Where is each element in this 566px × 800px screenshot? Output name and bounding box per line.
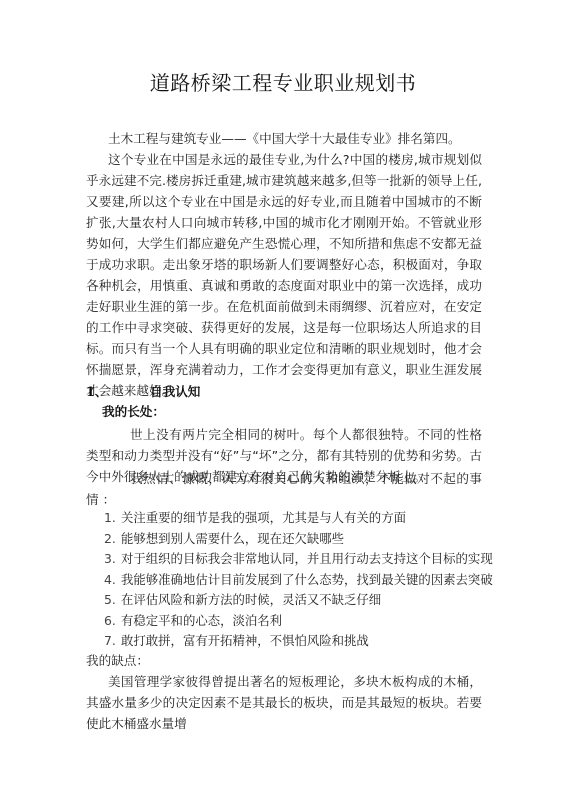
section-title: 自我认知: [150, 384, 200, 399]
document-page: 道路桥梁工程专业职业规划书 土木工程与建筑专业——《中国大学十大最佳专业》排名第…: [0, 0, 566, 800]
section-number: 1、: [86, 382, 150, 402]
list-text: 对于组织的目标我会非常地认同，并且用行动去支持这个目标的实现: [121, 549, 493, 570]
list-text: 在评估风险和新方法的时候，灵活又不缺乏仔细: [121, 590, 381, 611]
list-number: 5.: [104, 590, 121, 611]
paragraph-enthusiastic: 我热情、慷慨，认为对很关心的人和组织，不能做对不起的事情 ：: [86, 468, 482, 510]
list-text: 关注重要的细节是我的强项，尤其是与人有关的方面: [121, 508, 406, 529]
list-number: 7.: [104, 631, 121, 652]
list-item: 2.能够想到别人需要什么，现在还欠缺哪些: [104, 529, 493, 550]
document-title: 道路桥梁工程专业职业规划书: [0, 70, 566, 96]
list-text: 敢打敢拼，富有开拓精神，不惧怕风险和挑战: [121, 631, 369, 652]
intro-text: 土木工程与建筑专业——《中国大学十大最佳专业》排名第四。: [86, 128, 482, 149]
list-item: 7.敢打敢拼，富有开拓精神，不惧怕风险和挑战: [104, 631, 493, 652]
list-number: 4.: [104, 570, 121, 591]
list-text: 有稳定平和的心态，淡泊名利: [121, 611, 282, 632]
weaknesses-heading: 我的缺点：: [86, 651, 149, 671]
list-number: 1.: [104, 508, 121, 529]
list-number: 2.: [104, 529, 121, 550]
list-item: 4.我能够准确地估计目前发展到了什么态势，找到最关键的因素去突破: [104, 570, 493, 591]
list-text: 能够想到别人需要什么，现在还欠缺哪些: [121, 529, 344, 550]
paragraph-text: 美国管理学家彼得曾提出著名的短板理论，多块木板构成的木桶，其盛水量多少的决定因素…: [86, 671, 482, 734]
paragraph-text: 这个专业在中国是永远的最佳专业,为什么?中国的楼房,城市规划似乎永远建不完.楼房…: [86, 149, 482, 401]
list-number: 6.: [104, 611, 121, 632]
list-item: 1.关注重要的细节是我的强项，尤其是与人有关的方面: [104, 508, 493, 529]
strengths-list: 1.关注重要的细节是我的强项，尤其是与人有关的方面 2.能够想到别人需要什么，现…: [104, 508, 493, 652]
intro-paragraph: 土木工程与建筑专业——《中国大学十大最佳专业》排名第四。: [86, 128, 482, 149]
list-number: 3.: [104, 549, 121, 570]
list-item: 6.有稳定平和的心态，淡泊名利: [104, 611, 493, 632]
paragraph-why-major: 这个专业在中国是永远的最佳专业,为什么?中国的楼房,城市规划似乎永远建不完.楼房…: [86, 149, 482, 401]
paragraph-text: 我热情、慷慨，认为对很关心的人和组织，不能做对不起的事情 ：: [86, 468, 482, 510]
strengths-heading: 我的长处：: [102, 402, 165, 422]
list-item: 5.在评估风险和新方法的时候，灵活又不缺乏仔细: [104, 590, 493, 611]
paragraph-short-board-theory: 美国管理学家彼得曾提出著名的短板理论，多块木板构成的木桶，其盛水量多少的决定因素…: [86, 671, 482, 734]
list-text: 我能够准确地估计目前发展到了什么态势，找到最关键的因素去突破: [121, 570, 493, 591]
list-item: 3.对于组织的目标我会非常地认同，并且用行动去支持这个目标的实现: [104, 549, 493, 570]
section-heading-self-awareness: 1、自我认知: [86, 382, 200, 402]
